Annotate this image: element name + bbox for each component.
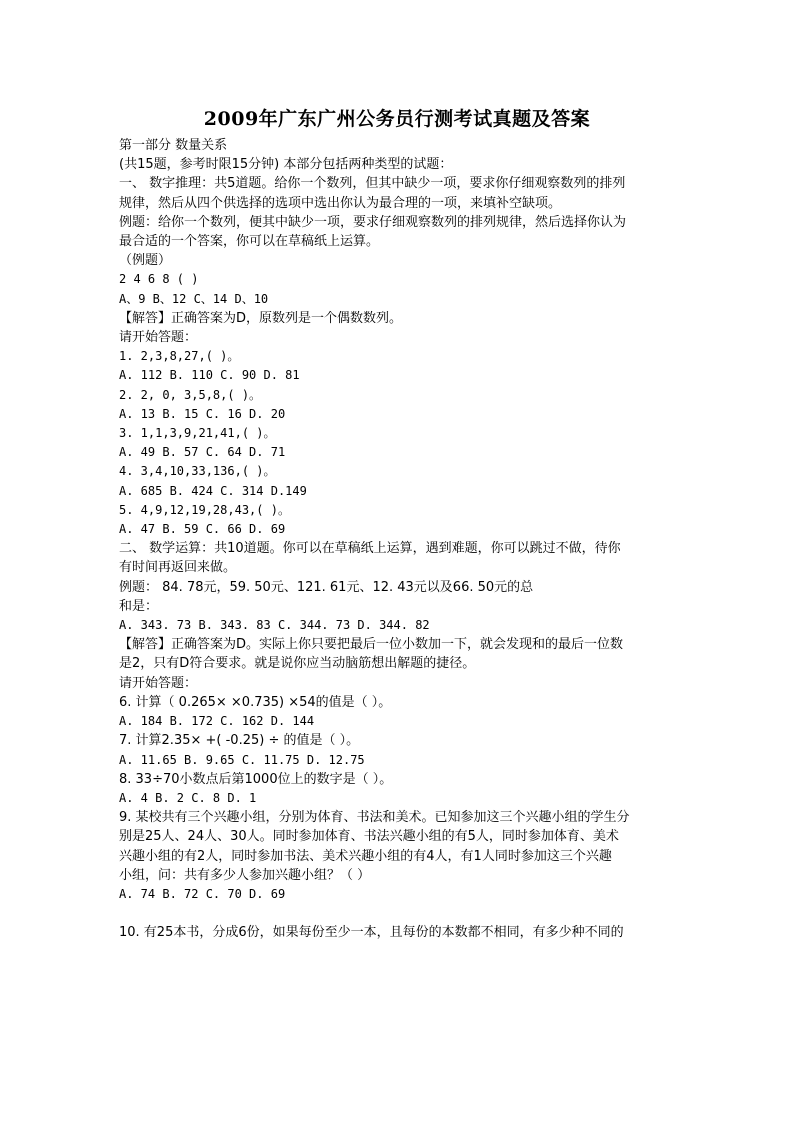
text-line: 3. 1,1,3,9,21,41,( )。 (119, 424, 681, 443)
text-line: A. 685 B. 424 C. 314 D.149 (119, 482, 681, 501)
text-line: 2 4 6 8 ( ) (119, 270, 681, 289)
text-line: 2. 2, 0, 3,5,8,( )。 (119, 386, 681, 405)
text-line: 第一部分 数量关系 (119, 136, 681, 155)
text-line: A. 184 B. 172 C. 162 D. 144 (119, 712, 681, 731)
text-line: A. 11.65 B. 9.65 C. 11.75 D. 12.75 (119, 751, 681, 770)
document-page: 2009年广东广州公务员行测考试真题及答案 第一部分 数量关系(共15题，参考时… (0, 0, 794, 1123)
blank-line (119, 904, 681, 923)
text-line: 例题：给你一个数列，便其中缺少一项，要求仔细观察数列的排列规律，然后选择你认为 (119, 213, 681, 232)
text-line: （例题） (119, 251, 681, 270)
text-line: 4. 3,4,10,33,136,( )。 (119, 462, 681, 481)
document-title: 2009年广东广州公务员行测考试真题及答案 (0, 104, 794, 131)
text-line: A. 47 B. 59 C. 66 D. 69 (119, 520, 681, 539)
text-line: 8. 33÷70小数点后第1000位上的数字是（ ）。 (119, 770, 681, 789)
text-line: 和是： (119, 597, 681, 616)
text-line: A. 13 B. 15 C. 16 D. 20 (119, 405, 681, 424)
text-line: A、9 B、12 C、14 D、10 (119, 290, 681, 309)
text-line: 是2，只有D符合要求。就是说你应当动脑筋想出解题的捷径。 (119, 654, 681, 673)
text-line: (共15题，参考时限15分钟) 本部分包括两种类型的试题： (119, 155, 681, 174)
text-line: 5. 4,9,12,19,28,43,( )。 (119, 501, 681, 520)
text-line: A. 343. 73 B. 343. 83 C. 344. 73 D. 344.… (119, 616, 681, 635)
text-line: 规律，然后从四个供选择的选项中选出你认为最合理的一项，来填补空缺项。 (119, 194, 681, 213)
text-line: A. 112 B. 110 C. 90 D. 81 (119, 366, 681, 385)
text-line: 兴趣小组的有2人，同时参加书法、美术兴趣小组的有4人，有1人同时参加这三个兴趣 (119, 847, 681, 866)
text-line: 9. 某校共有三个兴趣小组，分别为体育、书法和美术。已知参加这三个兴趣小组的学生… (119, 808, 681, 827)
text-line: 请开始答题： (119, 674, 681, 693)
text-line: 有时间再返回来做。 (119, 558, 681, 577)
text-line: 【解答】正确答案为D。实际上你只要把最后一位小数加一下，就会发现和的最后一位数 (119, 635, 681, 654)
text-line: 小组，问：共有多少人参加兴趣小组？（ ） (119, 866, 681, 885)
text-line: 请开始答题： (119, 328, 681, 347)
text-line: 别是25人、24人、30人。同时参加体育、书法兴趣小组的有5人，同时参加体育、美… (119, 827, 681, 846)
text-line: 7. 计算2.35× +( -0.25) ÷ 的值是（ ）。 (119, 731, 681, 750)
text-line: 10. 有25本书，分成6份，如果每份至少一本，且每份的本数都不相同，有多少种不… (119, 923, 681, 942)
text-line: A. 49 B. 57 C. 64 D. 71 (119, 443, 681, 462)
text-line: A. 4 B. 2 C. 8 D. 1 (119, 789, 681, 808)
text-line: 例题： 84. 78元，59. 50元、121. 61元、12. 43元以及66… (119, 578, 681, 597)
text-line: 6. 计算（ 0.265× ×0.735) ×54的值是（ ）。 (119, 693, 681, 712)
text-line: 1. 2,3,8,27,( )。 (119, 347, 681, 366)
text-line: A. 74 B. 72 C. 70 D. 69 (119, 885, 681, 904)
document-body: 第一部分 数量关系(共15题，参考时限15分钟) 本部分包括两种类型的试题：一、… (119, 136, 681, 942)
text-line: 最合适的一个答案，你可以在草稿纸上运算。 (119, 232, 681, 251)
text-line: 【解答】正确答案为D，原数列是一个偶数数列。 (119, 309, 681, 328)
text-line: 一、 数字推理：共5道题。给你一个数列，但其中缺少一项，要求你仔细观察数列的排列 (119, 174, 681, 193)
text-line: 二、 数学运算：共10道题。你可以在草稿纸上运算，遇到难题，你可以跳过不做，待你 (119, 539, 681, 558)
